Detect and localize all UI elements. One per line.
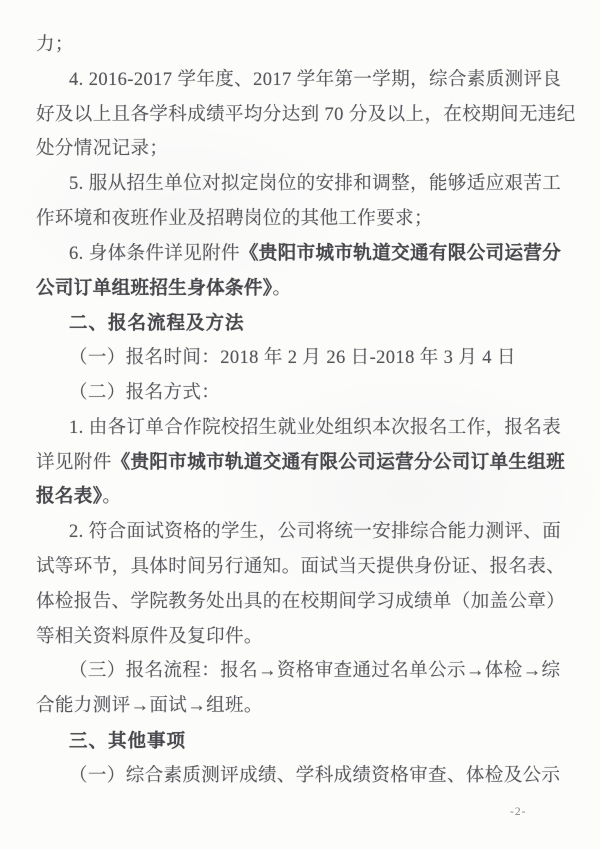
text-line: 合能力测评→面试→组班。 — [36, 689, 550, 724]
text-segment: 6. 身体条件详见附件 — [69, 244, 240, 264]
text-segment: 等相关资料原件及复印件。 — [36, 627, 263, 647]
text-line: 作环境和夜班作业及招聘岗位的其他工作要求； — [36, 202, 550, 237]
text-segment: 报名表》 — [36, 487, 102, 507]
text-line: 4. 2016-2017 学年度、2017 学年第一学期，综合素质测评良 — [36, 63, 550, 98]
text-segment: 。 — [272, 279, 291, 299]
text-line: 6. 身体条件详见附件《贵阳市城市轨道交通有限公司运营分 — [36, 237, 550, 272]
text-segment: 。 — [102, 487, 121, 507]
text-line: （一）综合素质测评成绩、学科成绩资格审查、体检及公示 — [36, 759, 550, 794]
text-line: 处分情况记录； — [36, 132, 550, 167]
text-segment: 三、其他事项 — [69, 730, 186, 751]
text-segment: 试等环节，具体时间另行通知。面试当天提供身份证、报名表、 — [36, 557, 565, 577]
text-segment: 作环境和夜班作业及招聘岗位的其他工作要求； — [36, 209, 433, 229]
text-segment: （二）报名方式： — [69, 383, 220, 403]
text-line: （一）报名时间：2018 年 2 月 26 日-2018 年 3 月 4 日 — [36, 341, 550, 376]
text-segment: 详见附件 — [36, 453, 112, 473]
text-line: 2. 符合面试资格的学生，公司将统一安排综合能力测评、面 — [36, 515, 550, 550]
section-heading: 二、报名流程及方法 — [36, 306, 550, 341]
text-segment: （一）报名时间：2018 年 2 月 26 日-2018 年 3 月 4 日 — [69, 348, 516, 368]
text-line: 1. 由各订单合作院校招生就业处组织本次报名工作，报名表 — [36, 411, 550, 446]
text-segment: 体检报告、学院教务处出具的在校期间学习成绩单（加盖公章） — [36, 592, 565, 612]
section-heading: 三、其他事项 — [36, 724, 550, 759]
text-line: 好及以上且各学科成绩平均分达到 70 分及以上，在校期间无违纪 — [36, 98, 550, 133]
text-segment: （一）综合素质测评成绩、学科成绩资格审查、体检及公示 — [69, 766, 560, 786]
text-line: 试等环节，具体时间另行通知。面试当天提供身份证、报名表、 — [36, 550, 550, 585]
text-line: 等相关资料原件及复印件。 — [36, 620, 550, 655]
text-line: 公司订单组班招生身体条件》。 — [36, 272, 550, 307]
text-line: 报名表》。 — [36, 480, 550, 515]
text-segment: 好及以上且各学科成绩平均分达到 70 分及以上，在校期间无违纪 — [36, 105, 576, 125]
text-segment: 1. 由各订单合作院校招生就业处组织本次报名工作，报名表 — [69, 418, 561, 438]
text-line: （二）报名方式： — [36, 376, 550, 411]
text-segment: 合能力测评→面试→组班。 — [36, 696, 263, 716]
scanned-document-page: 力；4. 2016-2017 学年度、2017 学年第一学期，综合素质测评良好及… — [0, 0, 600, 849]
text-segment: 5. 服从招生单位对拟定岗位的安排和调整，能够适应艰苦工 — [69, 174, 561, 194]
text-segment: 二、报名流程及方法 — [69, 312, 245, 333]
text-segment: 《贵阳市城市轨道交通有限公司运营分 — [240, 244, 561, 264]
text-segment: 力； — [36, 35, 74, 55]
text-segment: 《贵阳市城市轨道交通有限公司运营分公司订单生组班 — [112, 453, 566, 473]
text-line: 体检报告、学院教务处出具的在校期间学习成绩单（加盖公章） — [36, 585, 550, 620]
text-line: 5. 服从招生单位对拟定岗位的安排和调整，能够适应艰苦工 — [36, 167, 550, 202]
text-segment: 处分情况记录； — [36, 139, 168, 159]
document-text-block: 力；4. 2016-2017 学年度、2017 学年第一学期，综合素质测评良好及… — [36, 28, 550, 794]
text-line: 详见附件《贵阳市城市轨道交通有限公司运营分公司订单生组班 — [36, 446, 550, 481]
text-line: （三）报名流程：报名→资格审查通过名单公示→体检→综 — [36, 654, 550, 689]
text-segment: 2. 符合面试资格的学生，公司将统一安排综合能力测评、面 — [69, 522, 561, 542]
page-number: -2- — [510, 806, 526, 818]
text-segment: 公司订单组班招生身体条件》 — [36, 279, 272, 299]
text-segment: 4. 2016-2017 学年度、2017 学年第一学期，综合素质测评良 — [69, 70, 561, 90]
text-line: 力； — [36, 28, 550, 63]
text-segment: （三）报名流程：报名→资格审查通过名单公示→体检→综 — [69, 661, 560, 681]
